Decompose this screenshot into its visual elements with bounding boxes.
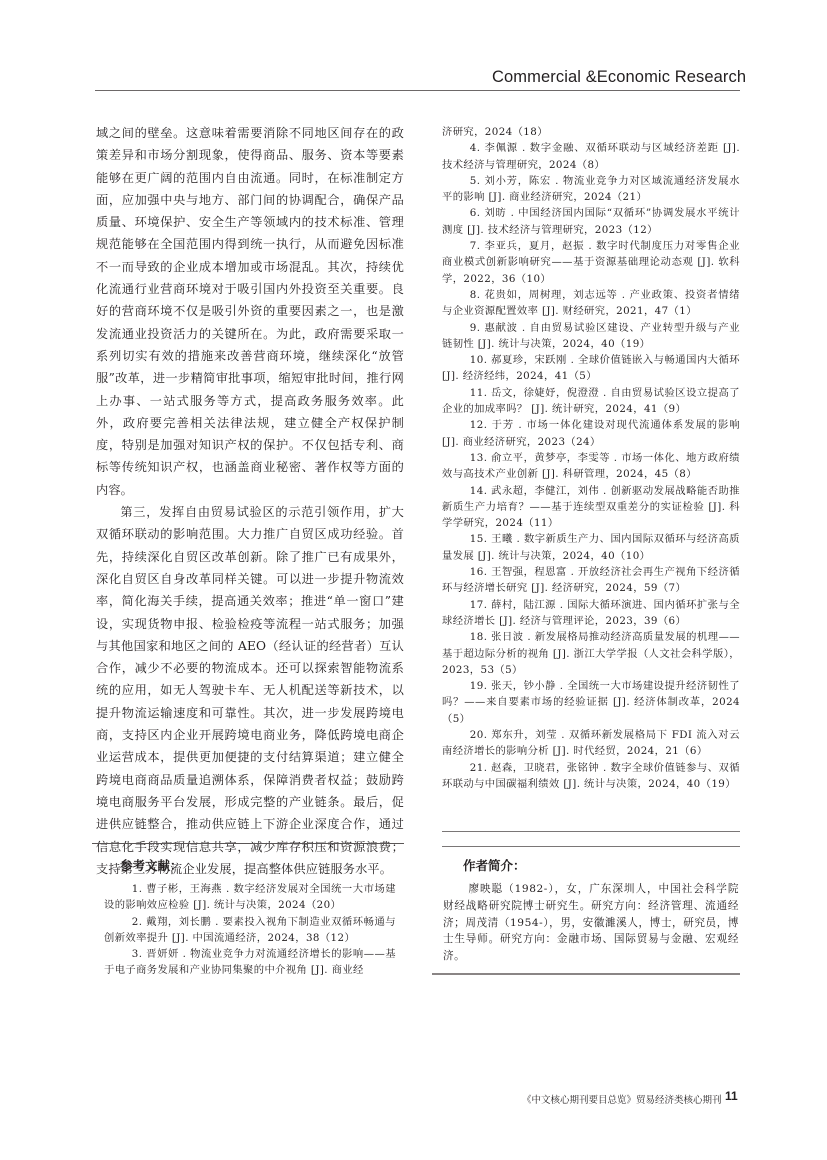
reference-item: 10. 郝夏珍，宋跃刚 . 全球价值链嵌入与畅通国内大循环 [J]. 经济经纬，… xyxy=(442,352,740,385)
reference-item: 1. 曹子彬，王海燕 . 数字经济发展对全国统一大市场建设的影响效应检验 [J]… xyxy=(104,881,396,914)
references-list: 1. 曹子彬，王海燕 . 数字经济发展对全国统一大市场建设的影响效应检验 [J]… xyxy=(104,881,396,979)
reference-item: 3. 晋妍妍 . 物流业竞争力对流通经济增长的影响——基于电子商务发展和产业协同… xyxy=(104,946,396,979)
reference-item: 13. 俞立平，黄梦亭，李雯等 . 市场一体化、地方政府绩效与高技术产业创新 [… xyxy=(442,450,740,483)
reference-item: 17. 薛村，陆江源 . 国际大循环演进、国内循环扩张与全球经济增长 [J]. … xyxy=(442,597,740,630)
header-rule xyxy=(95,90,740,91)
reference-item: 5. 刘小芳，陈宏 . 物流业竞争力对区域流通经济发展水平的影响 [J]. 商业… xyxy=(442,173,740,206)
body-text-column: 域之间的壁垒。这意味着需要消除不同地区间存在的政策差异和市场分割现象，使得商品、… xyxy=(96,122,404,880)
reference-item: 4. 李佩源 . 数字金融、双循环联动与区域经济差距 [J]. 技术经济与管理研… xyxy=(442,140,740,173)
author-bio-text: 廖映聪（1982-），女，广东深圳人，中国社会科学院财经战略研究院博士研究生。研… xyxy=(443,881,739,965)
reference-item: 12. 于芳 . 市场一体化建设对现代流通体系发展的影响 [J]. 商业经济研究… xyxy=(442,417,740,450)
reference-item: 11. 岳文，徐婕妤，倪澄澄 . 自由贸易试验区设立提高了企业的加成率吗？ [J… xyxy=(442,385,740,418)
body-paragraph: 第三，发挥自由贸易试验区的示范引领作用，扩大双循环联动的影响范围。大力推广自贸区… xyxy=(96,501,404,880)
reference-item: 14. 武永超，李健江，刘伟 . 创新驱动发展战略能否助推新质生产力培育？——基… xyxy=(442,483,740,532)
reference-item: 16. 王智强，程恩富 . 开放经济社会再生产视角下经济循环与经济增长研究 [J… xyxy=(442,564,740,597)
journal-header-title: Commercial &Economic Research xyxy=(492,68,746,87)
page-number: 11 xyxy=(725,1089,738,1103)
reference-item: 19. 张天，钞小静 . 全国统一大市场建设提升经济韧性了吗？——来自要素市场的… xyxy=(442,678,740,727)
author-divider xyxy=(442,846,740,847)
reference-item: 9. 惠献波 . 自由贸易试验区建设、产业转型升级与产业链韧性 [J]. 统计与… xyxy=(442,320,740,353)
reference-item: 2. 戴翔，刘长鹏 . 要素投入视角下制造业双循环畅通与创新效率提升 [J]. … xyxy=(104,914,396,947)
references-continued-column: 济研究，2024（18） 4. 李佩源 . 数字金融、双循环联动与区域经济差距 … xyxy=(442,124,740,792)
references-heading: 参考文献： xyxy=(120,856,183,874)
author-bottom-rule xyxy=(432,973,740,975)
body-paragraph: 域之间的壁垒。这意味着需要消除不同地区间存在的政策差异和市场分割现象，使得商品、… xyxy=(96,122,404,501)
references-divider xyxy=(92,843,404,844)
reference-item: 21. 赵森，卫晓君，张铭钟 . 数字全球价值链参与、双循环联动与中国碳福利绩效… xyxy=(442,760,740,793)
reference-item: 8. 花贵如，周树理，刘志远等 . 产业政策、投资者情绪与企业资源配置效率 [J… xyxy=(442,287,740,320)
reference-item: 7. 李亚兵，夏月，赵振 . 数字时代制度压力对零售企业商业模式创新影响研究——… xyxy=(442,238,740,287)
reference-item: 18. 张日波 . 新发展格局推动经济高质量发展的机理——基于超边际分析的视角 … xyxy=(442,629,740,678)
reference-item: 济研究，2024（18） xyxy=(442,124,740,140)
reference-item: 15. 王曦 . 数字新质生产力、国内国际双循环与经济高质量发展 [J]. 统计… xyxy=(442,531,740,564)
reference-item: 6. 刘昉 . 中国经济国内国际“双循环”协调发展水平统计测度 [J]. 技术经… xyxy=(442,205,740,238)
footer-journal-note: 《中文核心期刊要目总览》贸易经济类核心期刊 xyxy=(522,1092,722,1106)
reference-item: 20. 郑东升，刘莹 . 双循环新发展格局下 FDI 流入对云南经济增长的影响分… xyxy=(442,727,740,760)
references-end-rule xyxy=(442,831,740,832)
author-bio: 廖映聪（1982-），女，广东深圳人，中国社会科学院财经战略研究院博士研究生。研… xyxy=(443,881,739,965)
author-heading: 作者简介： xyxy=(463,856,526,874)
